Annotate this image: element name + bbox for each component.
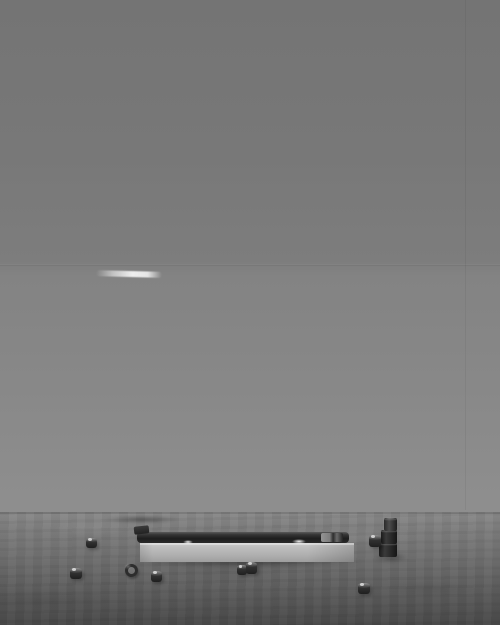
floor-smudge (105, 515, 180, 524)
cap-lower-right (358, 584, 370, 594)
cap-center-b (246, 563, 257, 574)
stack-top-cylinder (384, 518, 397, 531)
wall-vertical-line (465, 0, 466, 510)
stack-side-ring (369, 536, 381, 547)
pale-block-base (140, 543, 354, 562)
metal-rod (137, 532, 349, 543)
wall-seam (0, 264, 500, 266)
rod-glint-right (292, 539, 306, 544)
cap-left (70, 569, 82, 579)
rod-glint-left (183, 540, 193, 544)
stack-middle-cylinder (381, 530, 397, 544)
photograph (0, 0, 500, 625)
glass-reflection-streak (96, 270, 162, 278)
cap-upper-left (86, 539, 97, 548)
cap-left-mid (151, 572, 162, 582)
stack-bottom-cylinder (379, 543, 397, 557)
objects-layer (0, 0, 500, 625)
standing-ring (125, 564, 138, 577)
